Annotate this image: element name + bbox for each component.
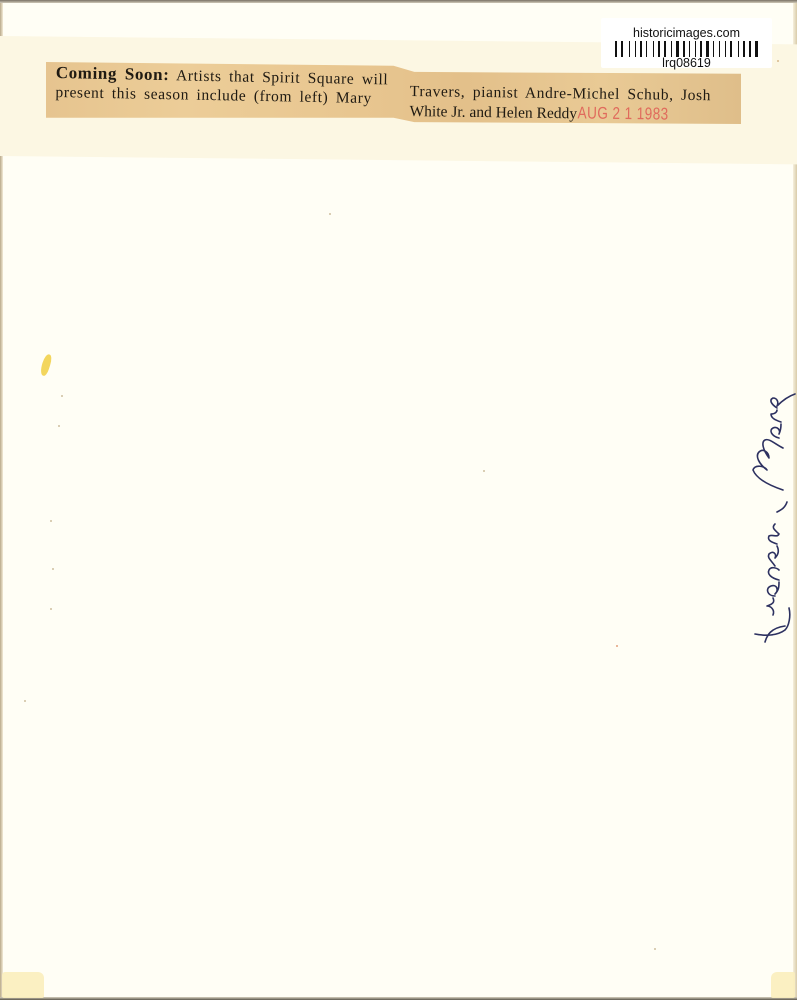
dust-speck [777,60,779,62]
barcode-bar [661,41,662,57]
barcode-bar [664,41,666,57]
stain-mark [39,353,53,376]
barcode-bar [621,41,623,57]
barcode-bar [713,41,714,57]
clipping-line-4: White Jr. and Helen Reddy [409,103,577,122]
barcode-bar [643,41,644,57]
barcode-bar [749,41,751,57]
barcode-bar [716,41,718,57]
dust-speck [50,608,52,610]
barcode-bar [648,41,651,57]
barcode-bar [706,41,709,57]
barcode-bar [710,41,711,57]
barcode-bar [741,41,742,57]
barcode-bar [747,41,748,57]
barcode-bar [646,41,647,57]
barcode-bar [738,41,739,57]
barcode-bar [734,41,737,57]
barcode-bar [700,41,702,57]
barcode-bar [637,41,638,57]
barcode-bar [728,41,729,57]
barcode-bar [697,41,698,57]
barcode-bar [667,41,669,57]
barcode-bar [725,41,726,57]
barcode-bar [673,41,674,57]
clipping-lead: Coming Soon: [56,63,170,84]
barcode-bar [640,41,642,57]
barcode-bar [618,41,619,57]
archive-barcode-sticker: historicimages.com lrq08619 [601,18,772,68]
handwritten-name [745,390,797,645]
dust-speck [24,700,26,702]
date-stamp: AUG 2 1 1983 [578,103,669,123]
barcode-bar [755,41,758,57]
barcode-bar [658,41,660,57]
sticker-id: lrq08619 [601,57,772,70]
corner-tape-bottom-right [771,972,795,998]
dust-speck [58,425,60,427]
barcode-bar [683,41,685,57]
barcode-bar [615,41,617,57]
barcode-bar [655,41,656,57]
page-top-edge [0,0,797,3]
barcode-bar [624,41,627,57]
dust-speck [61,395,63,397]
barcode-bar [671,41,672,57]
barcode-bar [753,41,754,57]
barcode-bar [680,41,681,57]
dust-speck [483,470,485,472]
barcode-bar [629,41,630,57]
barcode-bar [676,41,679,57]
clipping-right-column: Travers, pianist Andre-Michel Schub, Jos… [409,82,711,125]
dust-speck [616,645,618,647]
barcode-bar [730,41,732,57]
clipping-left-column: Coming Soon: Artists that Spirit Square … [55,63,388,108]
dust-speck [50,520,52,522]
dust-speck [329,213,331,215]
barcode-bar [722,41,724,57]
barcode-bar [686,41,687,57]
corner-tape-bottom-left [2,972,44,998]
dust-speck [52,568,54,570]
barcode-bar [695,41,696,57]
barcode-bar [689,41,690,57]
barcode-bar [691,41,693,57]
barcode-bar [635,41,636,57]
dust-speck [654,948,656,950]
barcode-bar [703,41,704,57]
barcode-bar [631,41,633,57]
barcode-bar [743,41,745,57]
barcode-bar [653,41,654,57]
barcode [615,41,759,57]
photo-back-page: Coming Soon: Artists that Spirit Square … [0,0,797,1000]
barcode-bar [719,41,720,57]
sticker-site: historicimages.com [601,26,772,40]
